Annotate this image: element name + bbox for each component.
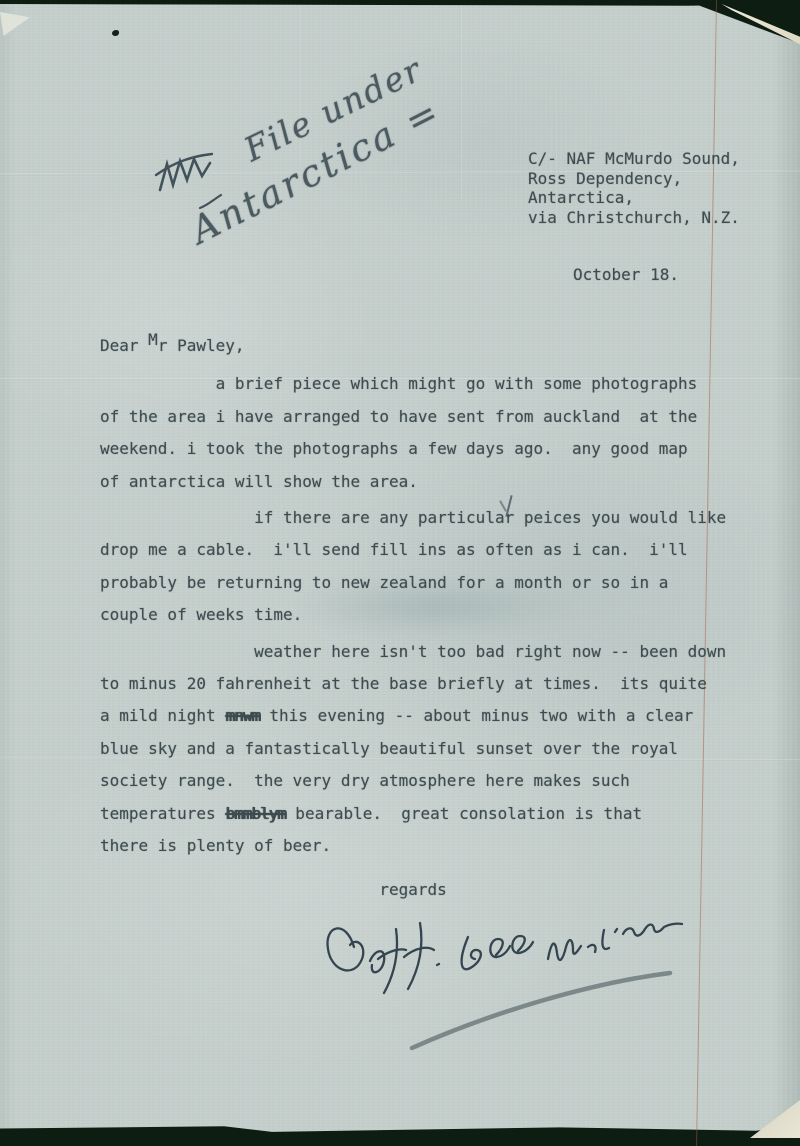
body-line: temperatures bmmblym bearable. great con… [100, 798, 760, 830]
body-line: couple of weeks time. [100, 599, 760, 631]
body-text-segment: bearable. great consolation is that [286, 804, 642, 823]
body-line: a brief piece which might go with some p… [100, 368, 760, 400]
paper-crease [460, 4, 462, 199]
sender-address-block: C/- NAF McMurdo Sound,Ross Dependency,An… [528, 149, 740, 227]
address-line: C/- NAF McMurdo Sound, [528, 149, 740, 169]
salutation-pre: Dear [100, 336, 148, 355]
address-line: via Christchurch, N.Z. [528, 208, 740, 228]
body-line: to minus 20 fahrenheit at the base brief… [100, 668, 760, 700]
body-line: of antarctica will show the area. [100, 466, 760, 498]
body-line: drop me a cable. i'll send fill ins as o… [100, 534, 760, 566]
salutation-raised-letter: M [148, 324, 158, 356]
signature-strokes [328, 923, 682, 993]
body-text-segment: temperatures [100, 804, 225, 823]
paper-hole-mark [112, 30, 119, 36]
salutation-line: Dear Mr Pawley, [100, 330, 760, 362]
letter-body: Dear Mr Pawley, a brief piece which migh… [100, 330, 760, 906]
body-line: weekend. i took the photographs a few da… [100, 433, 760, 465]
address-line: Ross Dependency, [528, 169, 740, 189]
body-line: blue sky and a fantastically beautiful s… [100, 733, 760, 765]
body-line: society range. the very dry atmosphere h… [100, 765, 760, 797]
body-line: of the area i have arranged to have sent… [100, 401, 760, 433]
letter-date: October 18. [573, 265, 679, 284]
body-line: there is plenty of beer. [100, 830, 760, 862]
handwritten-signature [320, 885, 720, 1070]
struck-out-word: bmmblym [225, 804, 285, 823]
salutation-post: r Pawley, [158, 336, 245, 355]
address-line: Antarctica, [528, 188, 740, 208]
body-text-segment: this evening -- about minus two with a c… [260, 706, 693, 725]
scanned-letter-photo: File under Antarctica = C/- NAF McMurdo … [0, 0, 800, 1146]
struck-out-word: mnwm [225, 706, 260, 725]
body-line: a mild night mnwm this evening -- about … [100, 700, 760, 732]
body-line: weather here isn't too bad right now -- … [100, 636, 760, 668]
body-line: if there are any particular peices you w… [100, 502, 760, 534]
body-line: probably be returning to new zealand for… [100, 567, 760, 599]
signature-underline-pencil-stroke [412, 973, 670, 1048]
body-text-segment: a mild night [100, 706, 225, 725]
